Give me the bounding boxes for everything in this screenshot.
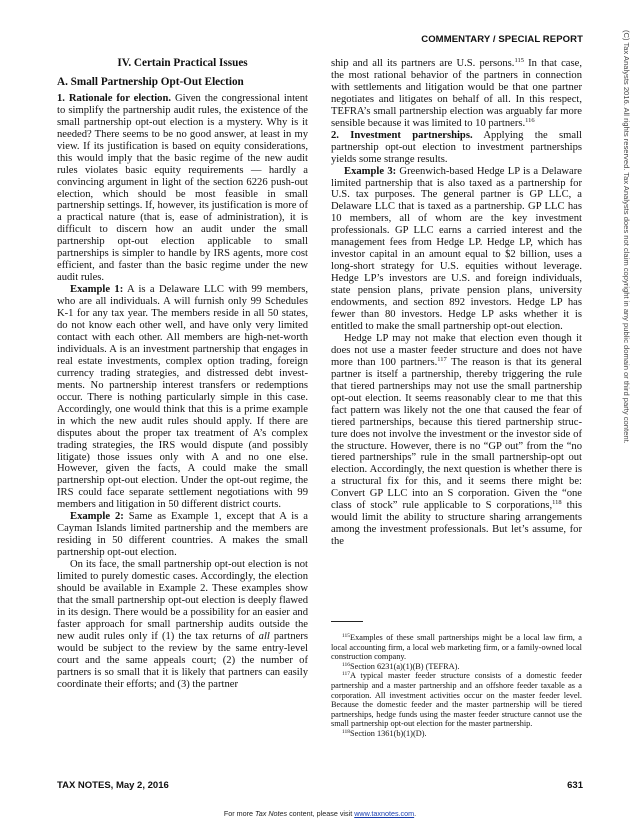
continued-paragraph: ship and all its partners are U.S. perso… bbox=[331, 58, 582, 130]
rationale-heading: 1. Rationale for election. bbox=[57, 93, 171, 104]
footnote-117: 117A typical master feeder structure con… bbox=[331, 671, 582, 729]
taxnotes-link[interactable]: www.taxnotes.com bbox=[354, 809, 414, 818]
footnote-115: 115Examples of these small partnerships … bbox=[331, 633, 582, 662]
investment-partnerships-heading: 2. Investment partnerships. bbox=[331, 130, 473, 141]
example-2-paragraph: Example 2: Same as Example 1, except tha… bbox=[57, 511, 308, 559]
footnotes: 115Examples of these small partnerships … bbox=[331, 633, 582, 739]
hedge-lp-paragraph: Hedge LP may not make that election even… bbox=[331, 333, 582, 548]
footnote-116: 116Section 6231(a)(1)(B) (TEFRA). bbox=[331, 662, 582, 672]
footnote-ref-115[interactable]: 115 bbox=[514, 57, 524, 64]
example-2-label: Example 2: bbox=[70, 511, 124, 522]
example-1-paragraph: Example 1: A is a Delaware LLC with 99 m… bbox=[57, 284, 308, 511]
example-3-label: Example 3: bbox=[344, 166, 396, 177]
publication-footer: TAX NOTES, May 2, 2016 bbox=[57, 780, 169, 791]
example-3-paragraph: Example 3: Greenwich-based Hedge LP is a… bbox=[331, 166, 582, 333]
copyright-notice: (C) Tax Analysts 2016. All rights reserv… bbox=[622, 30, 631, 444]
page-number: 631 bbox=[567, 780, 583, 791]
more-content-note: For more Tax Notes content, please visit… bbox=[0, 809, 640, 818]
analysis-paragraph: On its face, the small partnership opt-o… bbox=[57, 559, 308, 690]
investment-partnerships-paragraph: 2. Investment partnerships. Applying the… bbox=[331, 130, 582, 166]
footnote-ref-117[interactable]: 117 bbox=[437, 356, 447, 363]
footnote-118: 118Section 1361(b)(1)(D). bbox=[331, 729, 582, 739]
footnote-ref-118[interactable]: 118 bbox=[552, 499, 562, 506]
right-column: ship and all its partners are U.S. perso… bbox=[331, 58, 582, 548]
section-title: IV. Certain Practical Issues bbox=[57, 58, 308, 70]
running-header: COMMENTARY / SPECIAL REPORT bbox=[421, 34, 583, 45]
example-1-label: Example 1: bbox=[70, 284, 123, 295]
rationale-paragraph: 1. Rationale for election. Given the con… bbox=[57, 93, 308, 284]
footnote-divider bbox=[331, 621, 363, 622]
left-column: IV. Certain Practical Issues A. Small Pa… bbox=[57, 58, 308, 691]
subsection-title: A. Small Partnership Opt-Out Election bbox=[57, 77, 308, 89]
footnote-ref-116[interactable]: 116 bbox=[525, 117, 535, 124]
